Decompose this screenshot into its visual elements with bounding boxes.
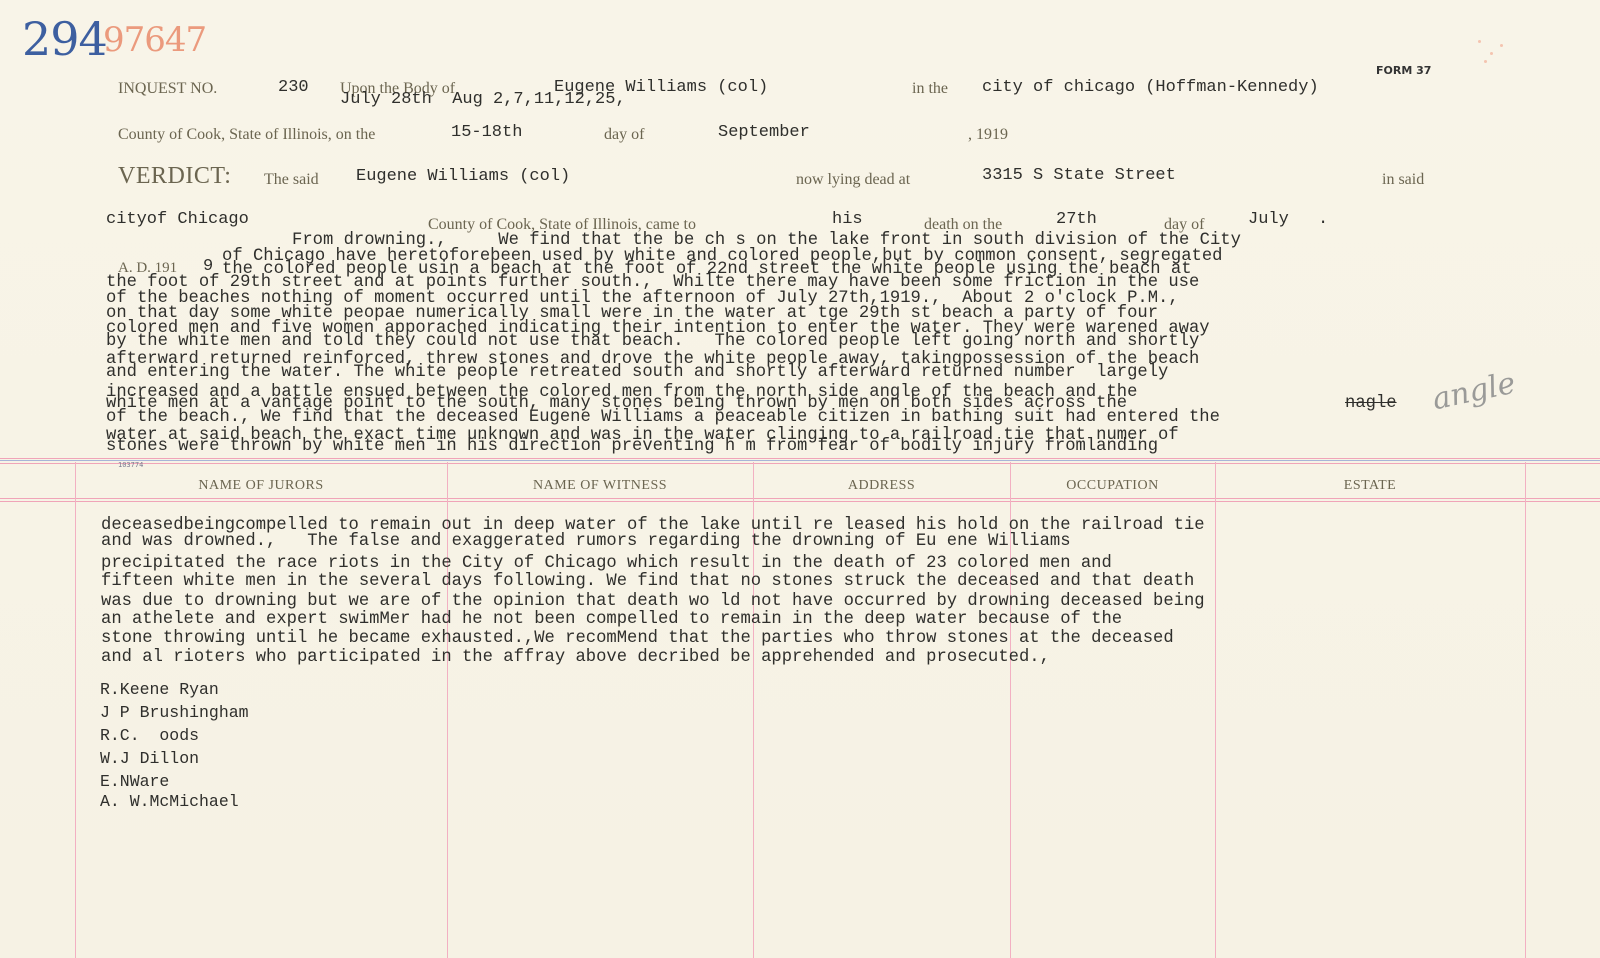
day-of-label: day of <box>604 126 644 144</box>
table-header-bottom-rule <box>0 498 1600 499</box>
juror-name: R.Keene Ryan <box>100 680 219 699</box>
table-top-rule-blue <box>0 460 1600 461</box>
column-header-estate: ESTATE <box>1215 478 1525 494</box>
death-month-period: . <box>1318 210 1328 229</box>
column-header-address: ADDRESS <box>753 478 1010 494</box>
verdict-deceased-name: Eugene Williams (col) <box>356 167 570 186</box>
juror-name: J P Brushingham <box>100 703 249 722</box>
narrative-line: and al rioters who participated in the a… <box>101 650 1050 666</box>
verdict-city: cityof Chicago <box>106 210 249 229</box>
ink-speck <box>1490 52 1493 55</box>
narrative-line: and was drowned., The false and exaggera… <box>101 534 1071 550</box>
inquest-label: INQUEST NO. <box>118 80 217 98</box>
inquest-month: September <box>718 123 810 142</box>
lying-dead-label: now lying dead at <box>796 171 910 189</box>
deceased-name-header: Eugene Williams (col) <box>554 78 768 97</box>
inquest-days: 15-18th <box>451 123 522 142</box>
stamp-number-red: 97647 <box>103 20 206 60</box>
narrative-line: precipitated the race riots in the City … <box>101 556 1112 572</box>
death-address: 3315 S State Street <box>982 166 1176 185</box>
inquest-year: , 1919 <box>968 126 1008 144</box>
narrative-line: stone throwing until he became exhausted… <box>101 631 1174 647</box>
the-said-label: The said <box>264 171 319 189</box>
juror-name: R.C. oods <box>100 726 199 745</box>
inquest-location: city of chicago (Hoffman-Kennedy) <box>982 78 1319 97</box>
narrative-line: by the white men and told they could not… <box>106 334 1199 350</box>
narrative-line: was due to drowning but we are of the op… <box>101 594 1205 610</box>
ink-speck <box>1478 40 1481 43</box>
inquest-number: 230 <box>278 78 309 97</box>
struck-word: nagle <box>1345 396 1397 412</box>
death-day: 27th <box>1056 210 1097 229</box>
in-the-label: in the <box>912 80 948 98</box>
column-header-occupation: OCCUPATION <box>1010 478 1215 494</box>
inquest-record-page: 294 97647 FORM 37 INQUEST NO. 230 Upon t… <box>0 0 1600 958</box>
table-header-bottom-rule-2 <box>0 501 1600 502</box>
column-rule-5 <box>1215 462 1216 958</box>
column-rule-1 <box>75 462 76 958</box>
ink-speck <box>1484 60 1487 63</box>
juror-name: E.NWare <box>100 772 169 791</box>
column-rule-6 <box>1525 462 1526 958</box>
stamp-number-blue: 294 <box>22 12 107 66</box>
narrative-line: fifteen white men in the several days fo… <box>101 574 1194 590</box>
handwritten-correction: angle <box>1429 366 1518 418</box>
juror-name: A. W.McMichael <box>100 792 239 811</box>
verdict-label: VERDICT: <box>118 163 231 190</box>
table-top-rule-2 <box>0 463 1600 464</box>
table-top-rule <box>0 458 1600 459</box>
county-label: County of Cook, State of Illinois, on th… <box>118 126 375 144</box>
ink-speck <box>1500 44 1503 47</box>
in-said-label: in said <box>1382 171 1424 189</box>
narrative-line: stones were thrown by white men in his d… <box>106 439 1158 455</box>
form-serial-number: 103774 <box>118 461 143 469</box>
juror-name: W.J Dillon <box>100 749 199 768</box>
column-header-witness: NAME OF WITNESS <box>447 478 753 494</box>
narrative-line: of the beach., We find that the deceased… <box>106 410 1220 426</box>
narrative-line: and entering the water. The white people… <box>106 365 1168 381</box>
death-month: July <box>1248 210 1289 229</box>
form-number-label: FORM 37 <box>1376 64 1431 77</box>
column-header-jurors: NAME OF JURORS <box>75 478 447 494</box>
pronoun: his <box>832 210 863 229</box>
narrative-line: an athelete and expert swimMer had he no… <box>101 612 1122 628</box>
